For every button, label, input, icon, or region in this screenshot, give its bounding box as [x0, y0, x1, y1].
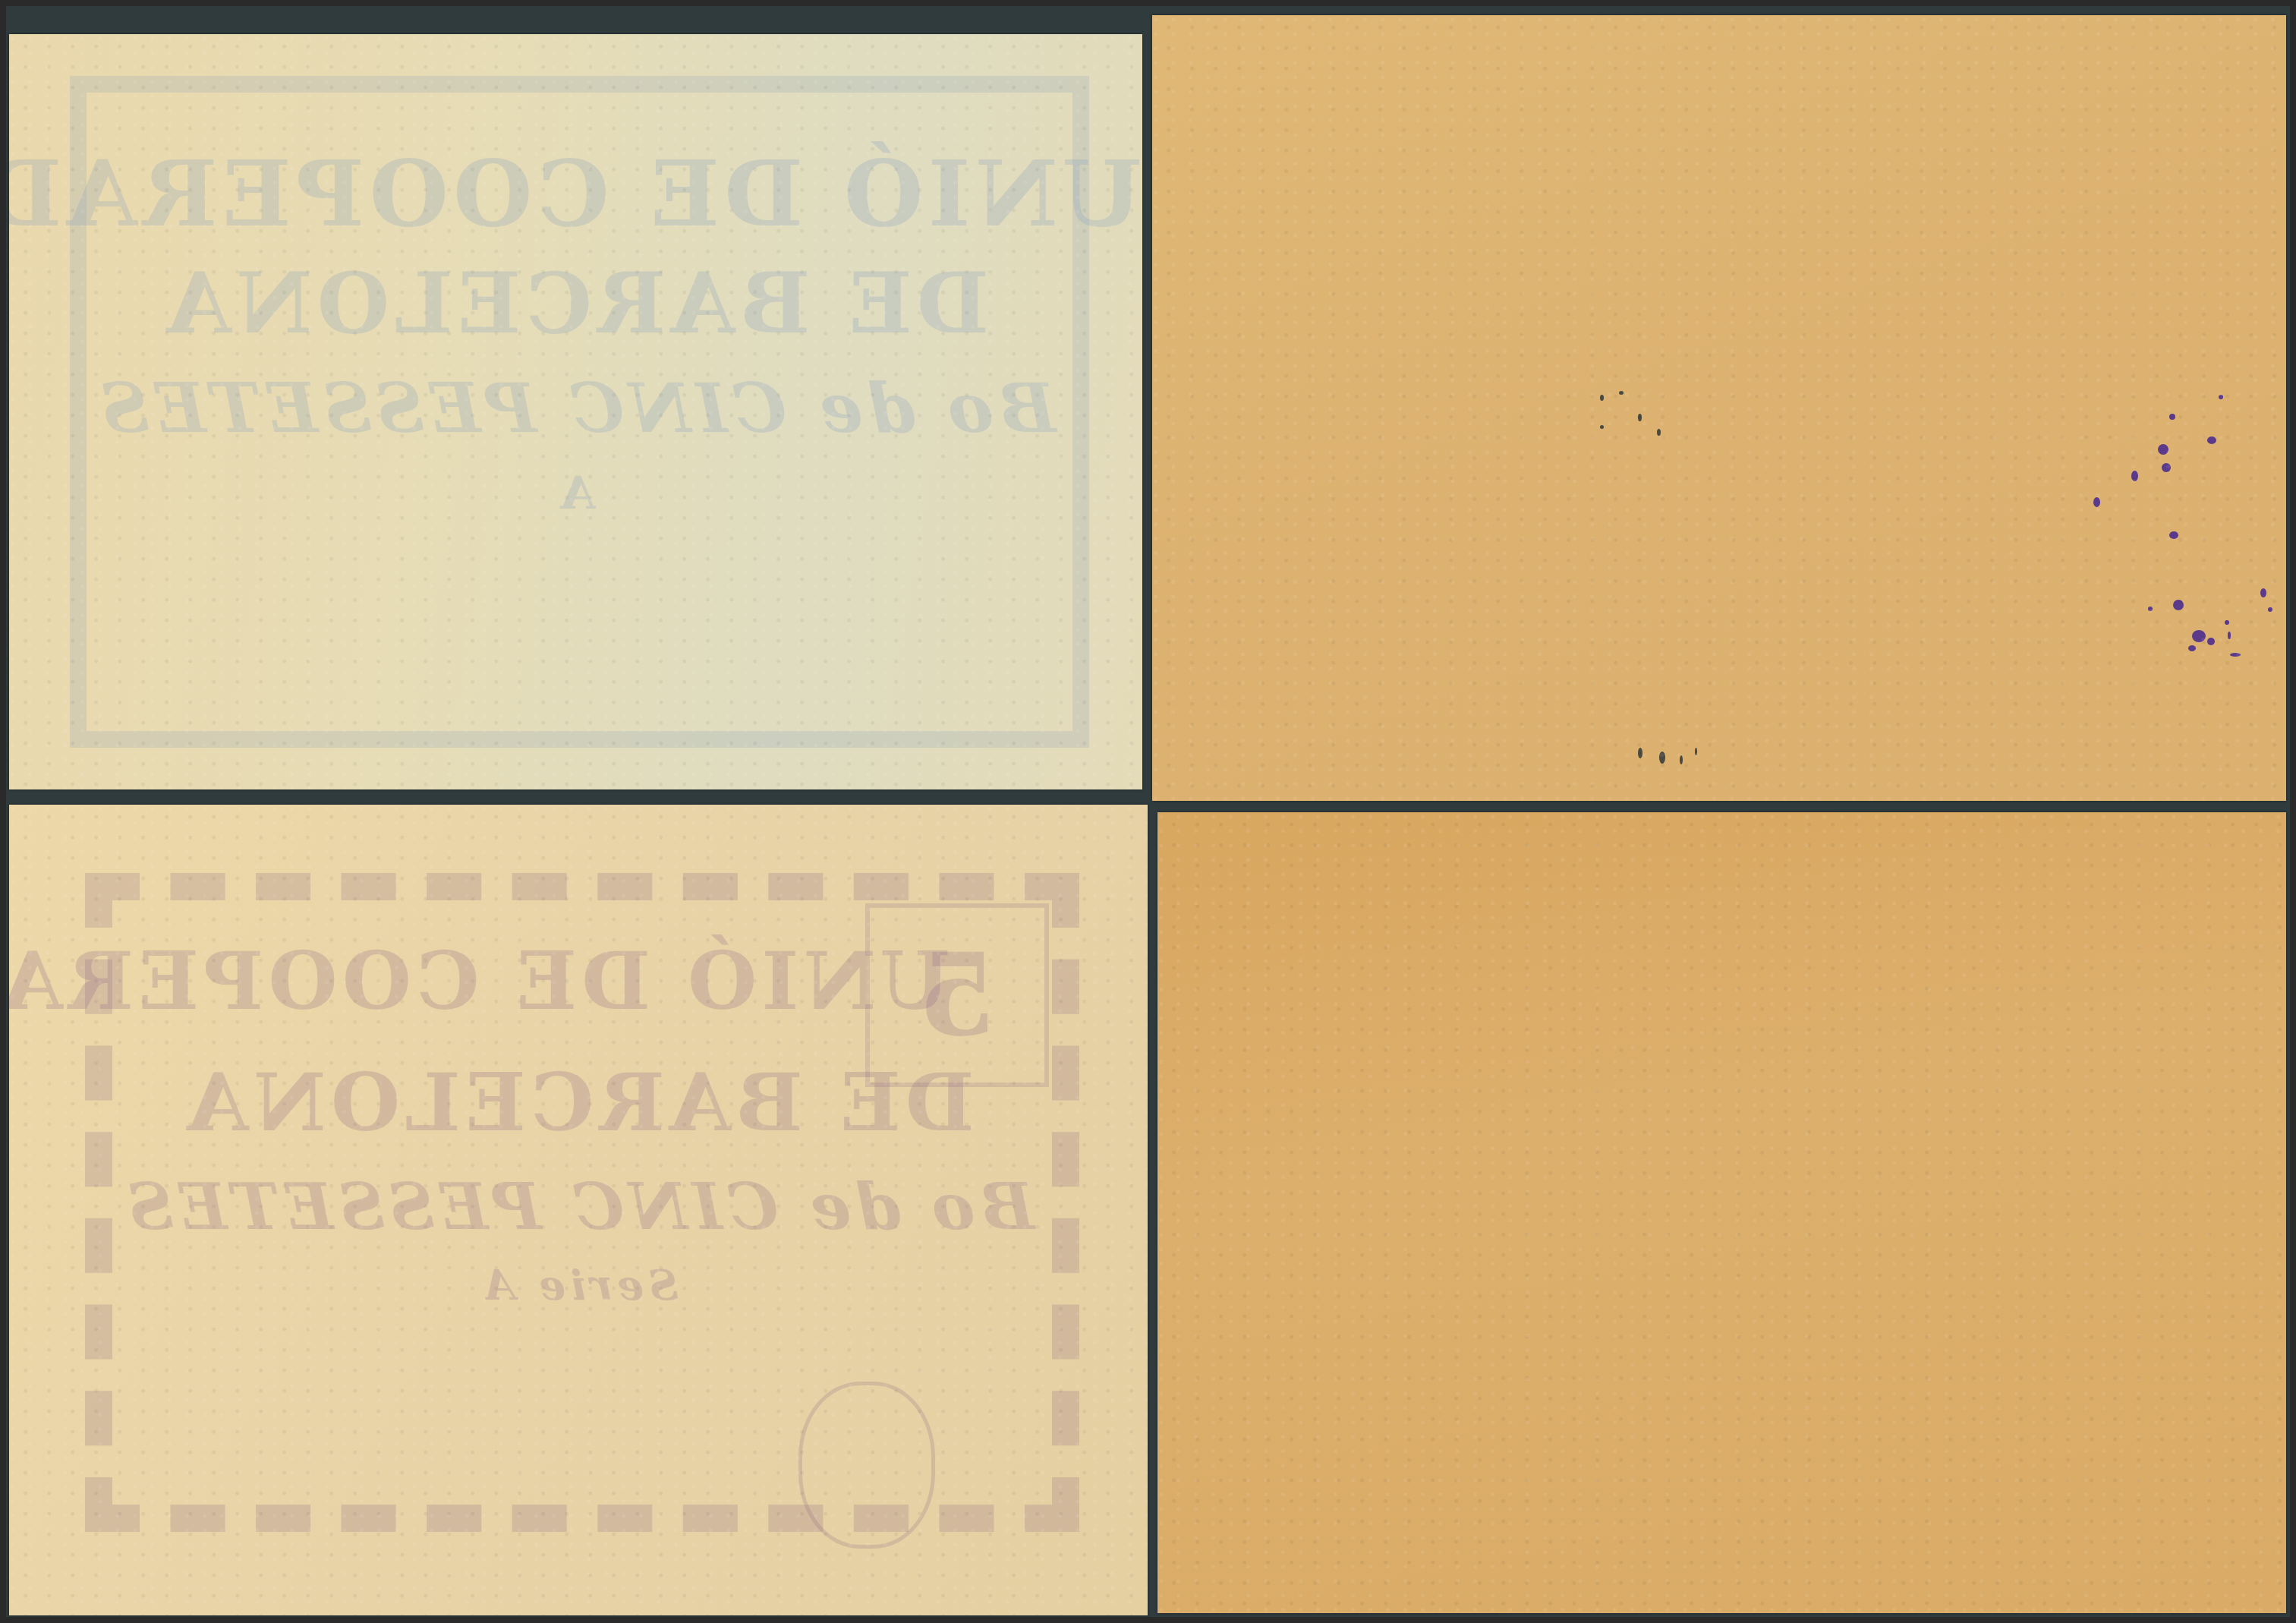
showthrough-line-4: Serie A — [9, 1260, 1148, 1309]
ornamental-border — [85, 873, 1079, 1532]
showthrough-line-1: UNIÓ DE COOPERADORS — [9, 934, 950, 1028]
showthrough-line-2: DE BARCELONA — [9, 1055, 1148, 1149]
showthrough-line-1: UNIÓ DE COOPERADORS — [9, 140, 1142, 247]
banknote-bottom-left: 5 UNIÓ DE COOPERADORS DE BARCELONA Bo de… — [9, 805, 1148, 1615]
showthrough-line-3: Bo de CINC PESSETES — [9, 368, 1142, 449]
banknote-top-right — [1152, 15, 2286, 801]
showthrough-line-3: Bo de CINC PESSETES — [9, 1169, 1148, 1245]
mirrored-showthrough-print: 5 UNIÓ DE COOPERADORS DE BARCELONA Bo de… — [9, 805, 1148, 1615]
seal-outline — [798, 1382, 935, 1549]
banknote-top-left: UNIÓ DE COOPERADORS DE BARCELONA Bo de C… — [9, 34, 1142, 789]
denomination-box: 5 — [865, 903, 1049, 1087]
showthrough-line-4: A — [9, 467, 1142, 520]
showthrough-line-2: DE BARCELONA — [9, 254, 1142, 352]
banknote-bottom-right — [1157, 812, 2286, 1613]
ornamental-border — [70, 76, 1089, 748]
mirrored-showthrough-print: UNIÓ DE COOPERADORS DE BARCELONA Bo de C… — [9, 34, 1142, 789]
